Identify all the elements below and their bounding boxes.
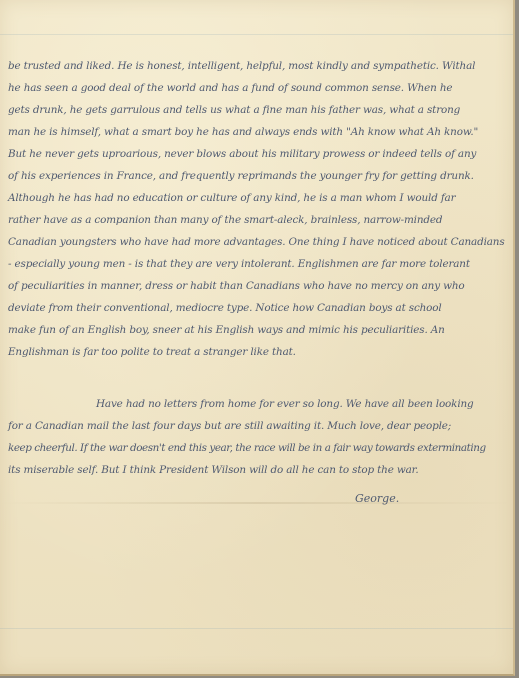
letter-line: man he is himself, what a smart boy he h… — [8, 122, 478, 142]
letter-line: But he never gets uproarious, never blow… — [8, 144, 476, 164]
paper-fold — [0, 502, 513, 504]
letter-line: of his experiences in France, and freque… — [8, 166, 474, 186]
letter-line: deviate from their conventional, mediocr… — [8, 298, 442, 318]
letter-line: Englishman is far too polite to treat a … — [8, 342, 296, 362]
letter-line: Have had no letters from home for ever s… — [96, 394, 474, 414]
letter-line: he has seen a good deal of the world and… — [8, 78, 452, 98]
letter-line: Although he has had no education or cult… — [8, 188, 455, 208]
ruled-line — [0, 628, 513, 629]
letter-line: make fun of an English boy, sneer at his… — [8, 320, 445, 340]
letter-line: gets drunk, he gets garrulous and tells … — [8, 100, 460, 120]
letter-line: Canadian youngsters who have had more ad… — [8, 232, 505, 252]
letter-line: keep cheerful. If the war doesn't end th… — [8, 438, 486, 458]
letter-line: rather have as a companion than many of … — [8, 210, 442, 230]
letter-page: be trusted and liked. He is honest, inte… — [0, 0, 515, 676]
letter-line: of peculiarities in manner, dress or hab… — [8, 276, 464, 296]
letter-line: its miserable self. But I think Presiden… — [8, 460, 418, 480]
letter-line: be trusted and liked. He is honest, inte… — [8, 56, 475, 76]
signature: George. — [355, 492, 399, 505]
letter-line: - especially young men - is that they ar… — [8, 254, 470, 274]
ruled-line — [0, 34, 513, 35]
letter-line: for a Canadian mail the last four days b… — [8, 416, 451, 436]
